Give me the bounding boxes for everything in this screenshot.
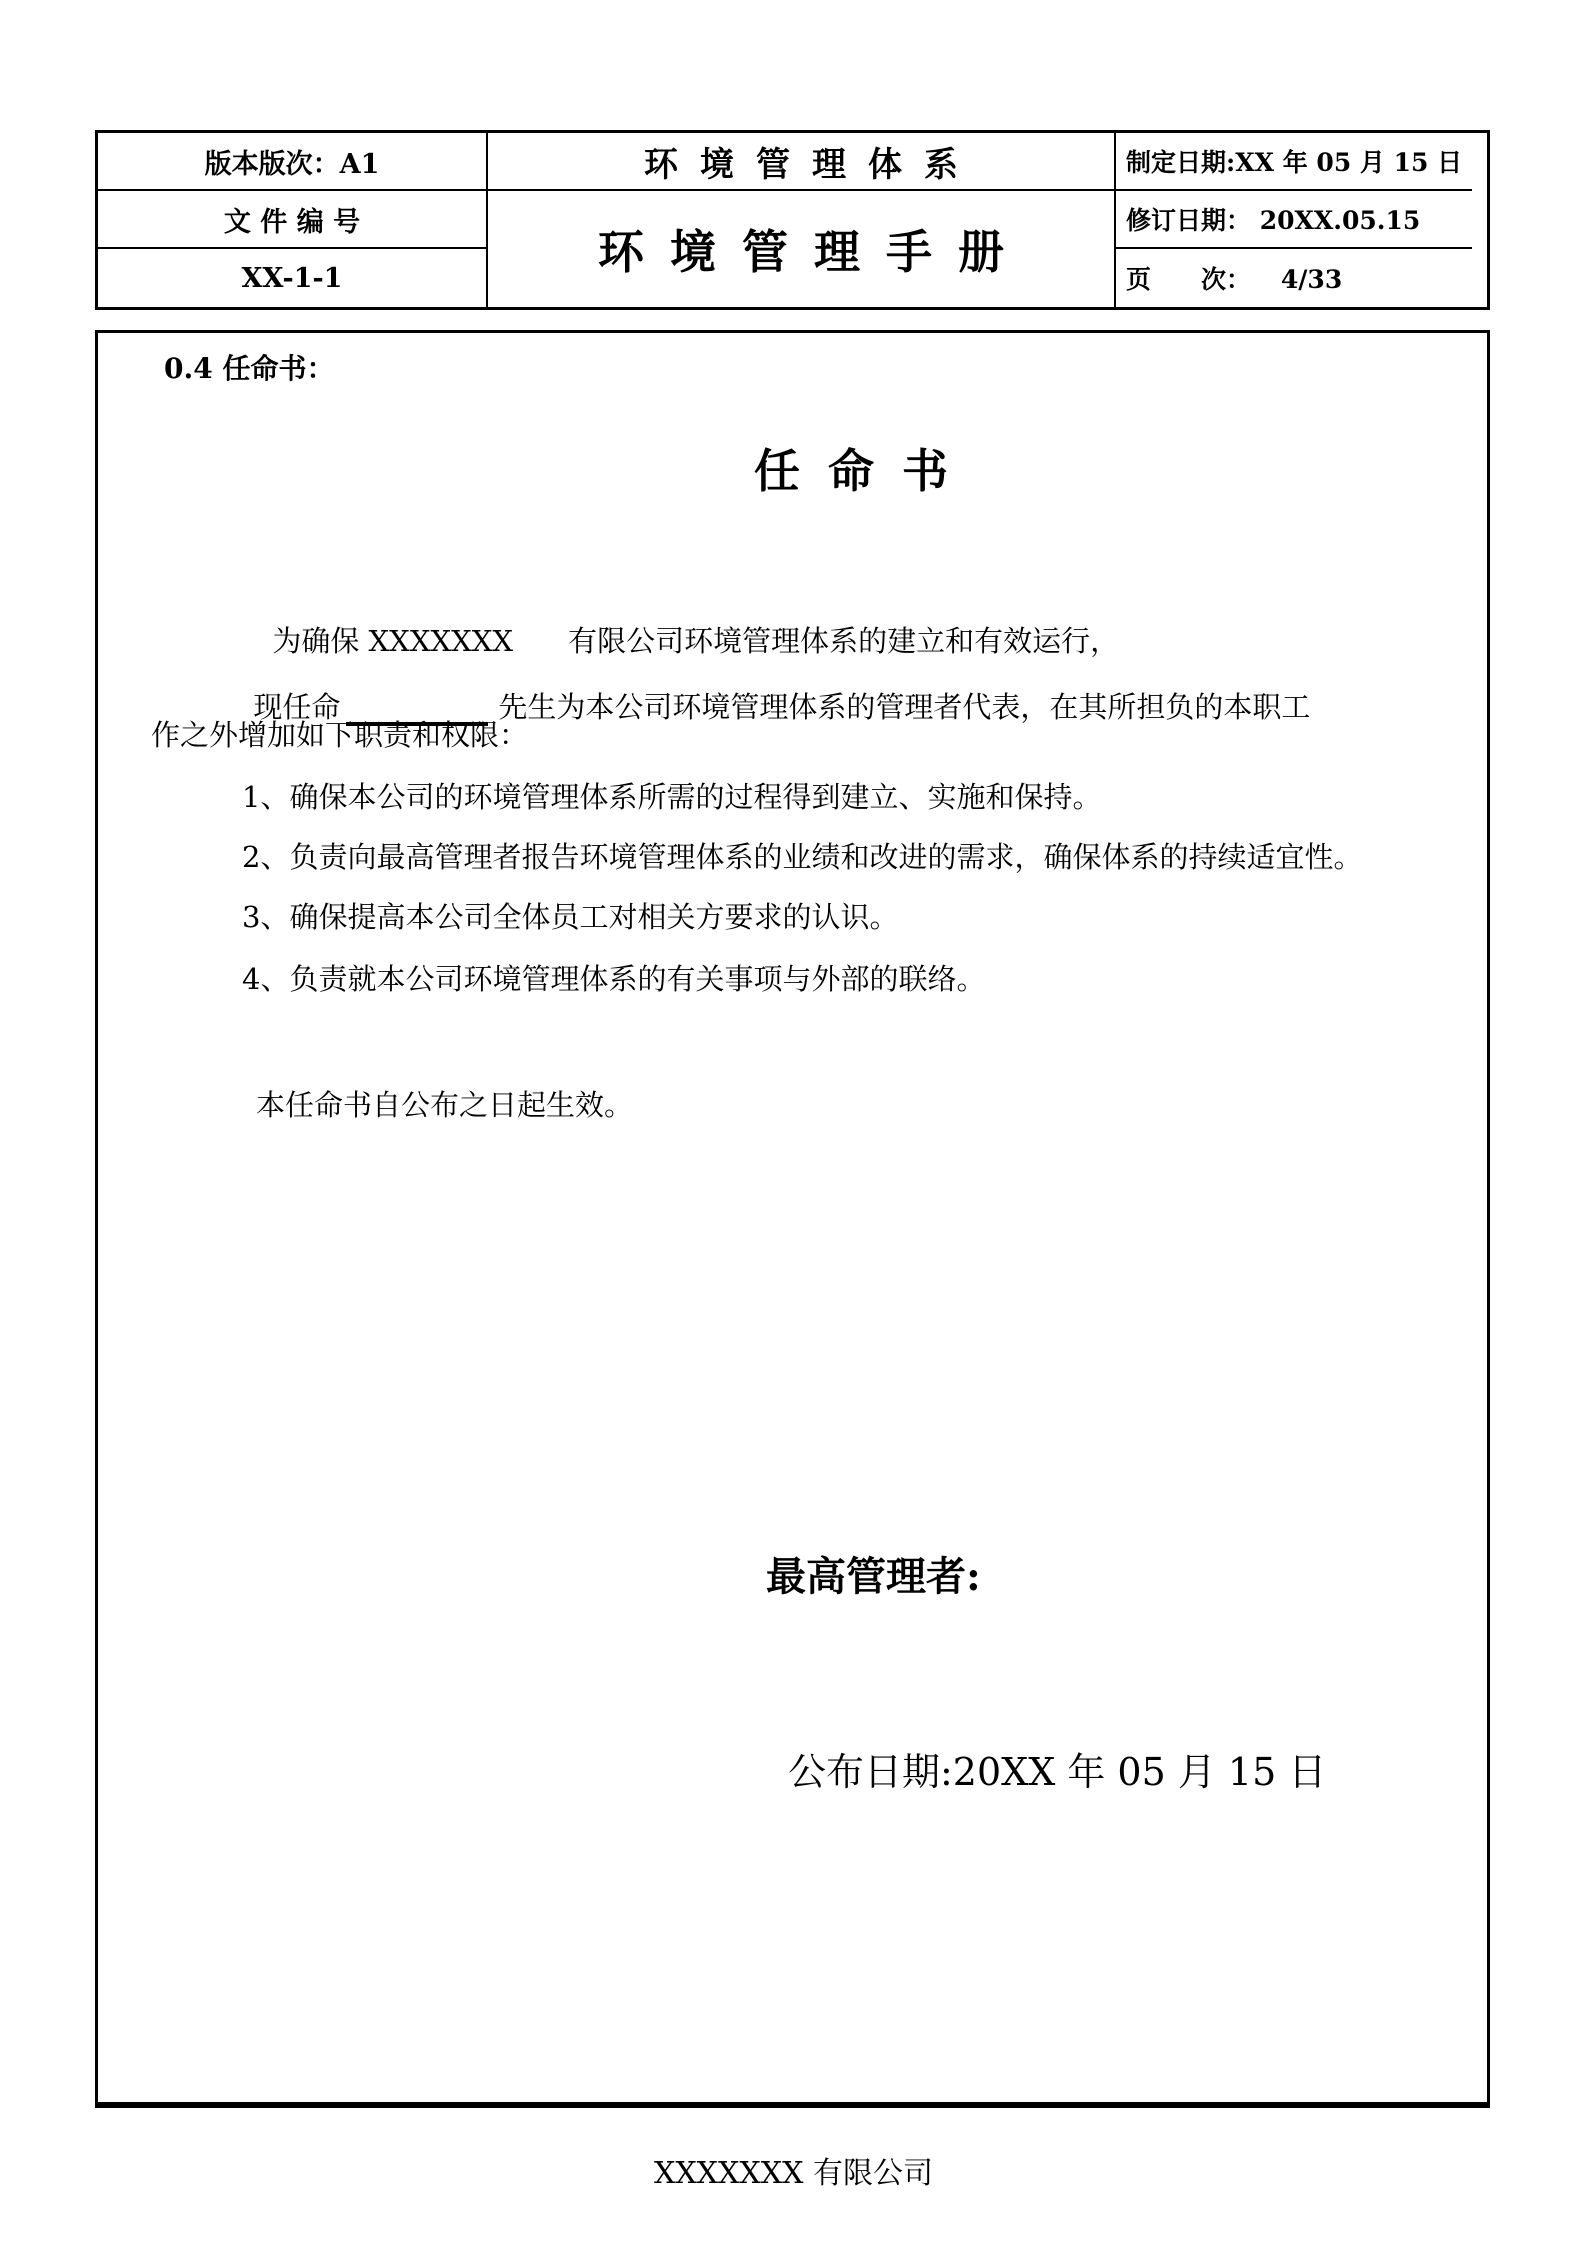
footer-company: XXXXXXX 有限公司 — [0, 2148, 1587, 2192]
document-page: 版本版次：A1 文 件 编 号 XX-1-1 环境管理体系 环境管理手册 制定日… — [0, 0, 1587, 2245]
duty-item-4: 4、负责就本公司环境管理体系的有关事项与外部的联络。 — [242, 957, 985, 998]
appointment-title: 任命书 — [98, 435, 1487, 501]
duty-item-3: 3、确保提高本公司全体员工对相关方要求的认识。 — [242, 895, 898, 936]
system-title-cell: 环境管理体系 — [488, 133, 1116, 191]
top-manager-label: 最高管理者: — [766, 1545, 981, 1602]
effective-note: 本任命书自公布之日起生效。 — [256, 1083, 633, 1124]
paragraph-appoint-line2: 作之外增加如下职责和权限： — [151, 713, 528, 754]
section-heading: 0.4 任命书： — [164, 347, 334, 387]
manual-title-cell: 环境管理手册 — [488, 191, 1116, 307]
created-date-cell: 制定日期:XX 年 05 月 15 日 — [1116, 133, 1472, 191]
version-cell: 版本版次：A1 — [98, 133, 488, 191]
appoint-suffix: 先生为本公司环境管理体系的管理者代表，在其所担负的本职工 — [498, 690, 1310, 724]
page-number-cell: 页 次： 4/33 — [1116, 249, 1472, 307]
duty-item-2: 2、负责向最高管理者报告环境管理体系的业绩和改进的需求，确保体系的持续适宜性。 — [242, 835, 1362, 876]
header-table: 版本版次：A1 文 件 编 号 XX-1-1 环境管理体系 环境管理手册 制定日… — [95, 130, 1490, 310]
revised-date-cell: 修订日期： 20XX.05.15 — [1116, 191, 1472, 249]
doc-number-label-cell: 文 件 编 号 — [98, 191, 488, 249]
doc-number-value-cell: XX-1-1 — [98, 249, 488, 307]
publish-date: 公布日期:20XX 年 05 月 15 日 — [788, 1741, 1326, 1796]
content-box: 0.4 任命书： 任命书 为确保 XXXXXXX有限公司环境管理体系的建立和有效… — [95, 330, 1490, 2108]
duty-item-1: 1、确保本公司的环境管理体系所需的过程得到建立、实施和保持。 — [242, 775, 1101, 816]
